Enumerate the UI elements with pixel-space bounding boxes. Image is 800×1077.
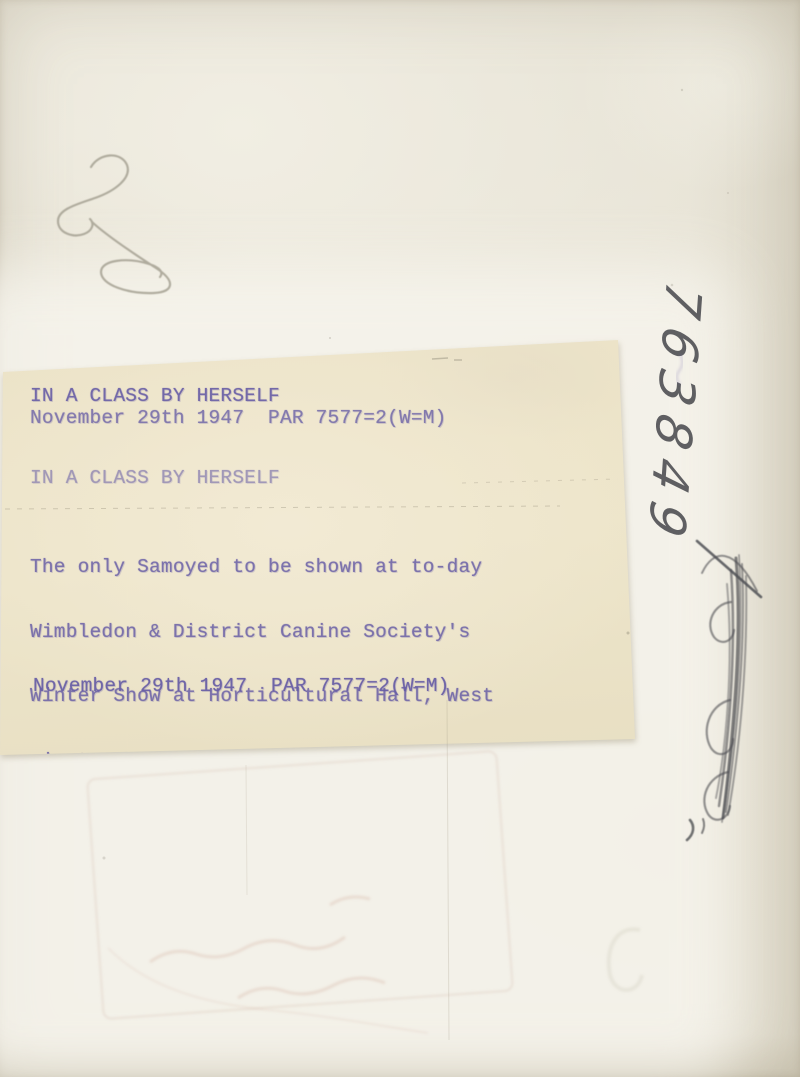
caption-label-wrap: IN A CLASS BY HERSELF November 29th 1947… xyxy=(0,336,640,758)
caption-label: IN A CLASS BY HERSELF November 29th 1947… xyxy=(0,336,640,758)
caption-body-line: The only Samoyed to be shown at to-day xyxy=(30,557,494,579)
caption-body-line: Wimbledon & District Canine Society's xyxy=(30,622,494,644)
caption-header: IN A CLASS BY HERSELF xyxy=(30,386,280,408)
caption-dateline-top: November 29th 1947 PAR 7577=2(W=M) xyxy=(30,408,447,430)
caption-subheader: IN A CLASS BY HERSELF xyxy=(30,468,280,490)
caption-dateline-bottom: November 29th 1947 PAR 7577=2(W=M) xyxy=(33,676,450,698)
photo-back: IN A CLASS BY HERSELF November 29th 1947… xyxy=(0,0,800,1077)
